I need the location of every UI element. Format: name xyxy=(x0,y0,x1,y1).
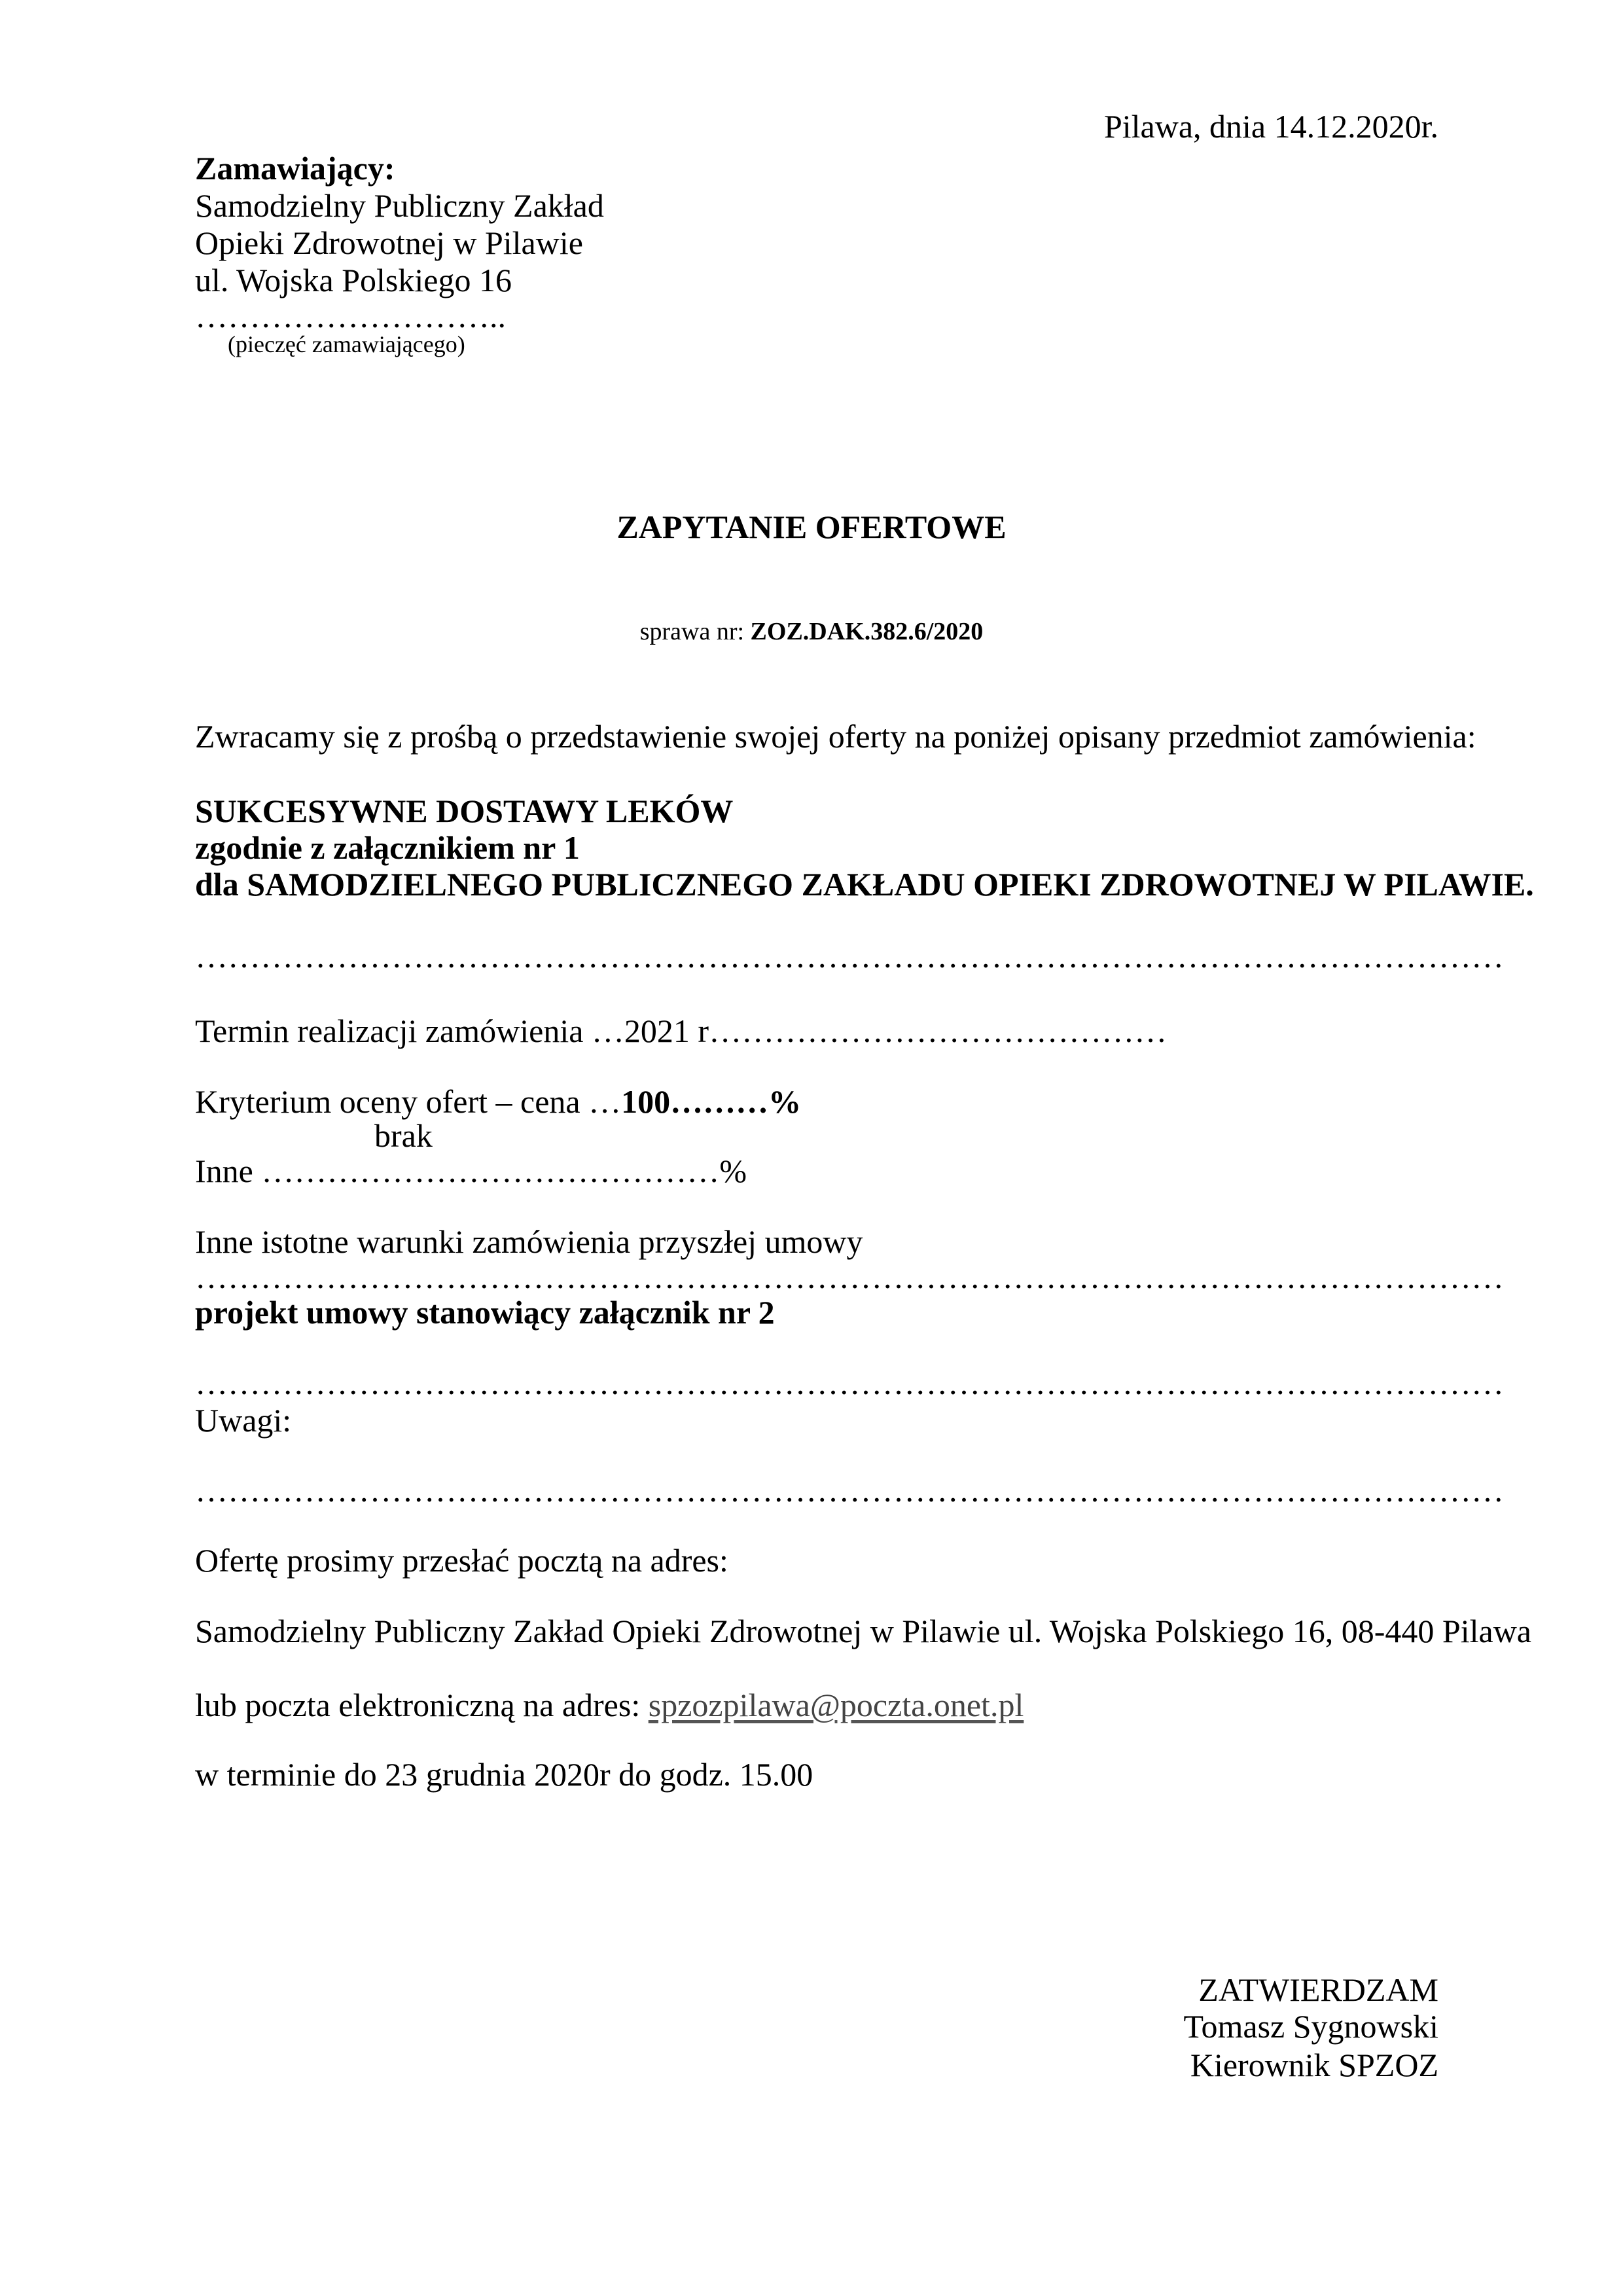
case-number: sprawa nr: ZOZ.DAK.382.6/2020 xyxy=(0,619,1623,644)
dotted-line-1: ………………………………………………………………………………………………………… xyxy=(195,940,1504,973)
case-value: ZOZ.DAK.382.6/2020 xyxy=(751,618,984,645)
orderer-line-2: Opieki Zdrowotnej w Pilawie xyxy=(195,226,583,259)
document-title: ZAPYTANIE OFERTOWE xyxy=(0,511,1623,543)
orderer-line-3: ul. Wojska Polskiego 16 xyxy=(195,264,512,296)
submission-label: Ofertę prosimy przesłać pocztą na adres: xyxy=(195,1544,728,1577)
deadline-dots: …………………………………… xyxy=(709,1013,1167,1049)
signature-role: Kierownik SPZOZ xyxy=(1190,2049,1438,2081)
orderer-label: Zamawiający: xyxy=(195,152,395,185)
criteria-value: 100………% xyxy=(621,1083,801,1120)
submission-deadline: w terminie do 23 grudnia 2020r do godz. … xyxy=(195,1758,813,1791)
criteria-note: brak xyxy=(374,1119,433,1152)
intro-text: Zwracamy się z prośbą o przedstawienie s… xyxy=(195,720,1476,753)
case-label: sprawa nr: xyxy=(640,618,751,645)
remarks-label: Uwagi: xyxy=(195,1404,291,1437)
subject-line-2: zgodnie z załącznikiem nr 1 xyxy=(195,831,580,864)
stamp-caption: (pieczęć zamawiającego) xyxy=(228,332,465,356)
deadline-line: Termin realizacji zamówienia …2021 r…………… xyxy=(195,1014,1167,1047)
subject-line-1: SUKCESYWNE DOSTAWY LEKÓW xyxy=(195,795,733,827)
stamp-dots: ……………………….. xyxy=(195,300,506,332)
dotted-line-4: ………………………………………………………………………………………………………… xyxy=(195,1474,1504,1507)
subject-line-3: dla SAMODZIELNEGO PUBLICZNEGO ZAKŁADU OP… xyxy=(195,868,1534,901)
criteria-other: Inne ……………………………………% xyxy=(195,1155,747,1187)
conditions-label: Inne istotne warunki zamówienia przyszłe… xyxy=(195,1225,863,1258)
signature-approval: ZATWIERDZAM xyxy=(1198,1973,1438,2006)
conditions-value: projekt umowy stanowiący załącznik nr 2 xyxy=(195,1296,775,1329)
place-date: Pilawa, dnia 14.12.2020r. xyxy=(1104,110,1438,143)
criteria-label: Kryterium oceny ofert – cena … xyxy=(195,1083,621,1120)
orderer-line-1: Samodzielny Publiczny Zakład xyxy=(195,189,604,222)
email-label: lub poczta elektroniczną na adres: xyxy=(195,1687,649,1723)
dotted-line-3: ………………………………………………………………………………………………………… xyxy=(195,1367,1504,1399)
signature-name: Tomasz Sygnowski xyxy=(1183,2010,1438,2043)
deadline-label: Termin realizacji zamówienia …2021 r xyxy=(195,1013,709,1049)
email-link[interactable]: spzozpilawa@poczta.onet.pl xyxy=(649,1687,1024,1723)
submission-address: Samodzielny Publiczny Zakład Opieki Zdro… xyxy=(195,1615,1531,1647)
submission-email-line: lub poczta elektroniczną na adres: spzoz… xyxy=(195,1689,1024,1721)
criteria-line: Kryterium oceny ofert – cena …100………% xyxy=(195,1085,801,1118)
dotted-line-2: ………………………………………………………………………………………………………… xyxy=(195,1261,1504,1293)
